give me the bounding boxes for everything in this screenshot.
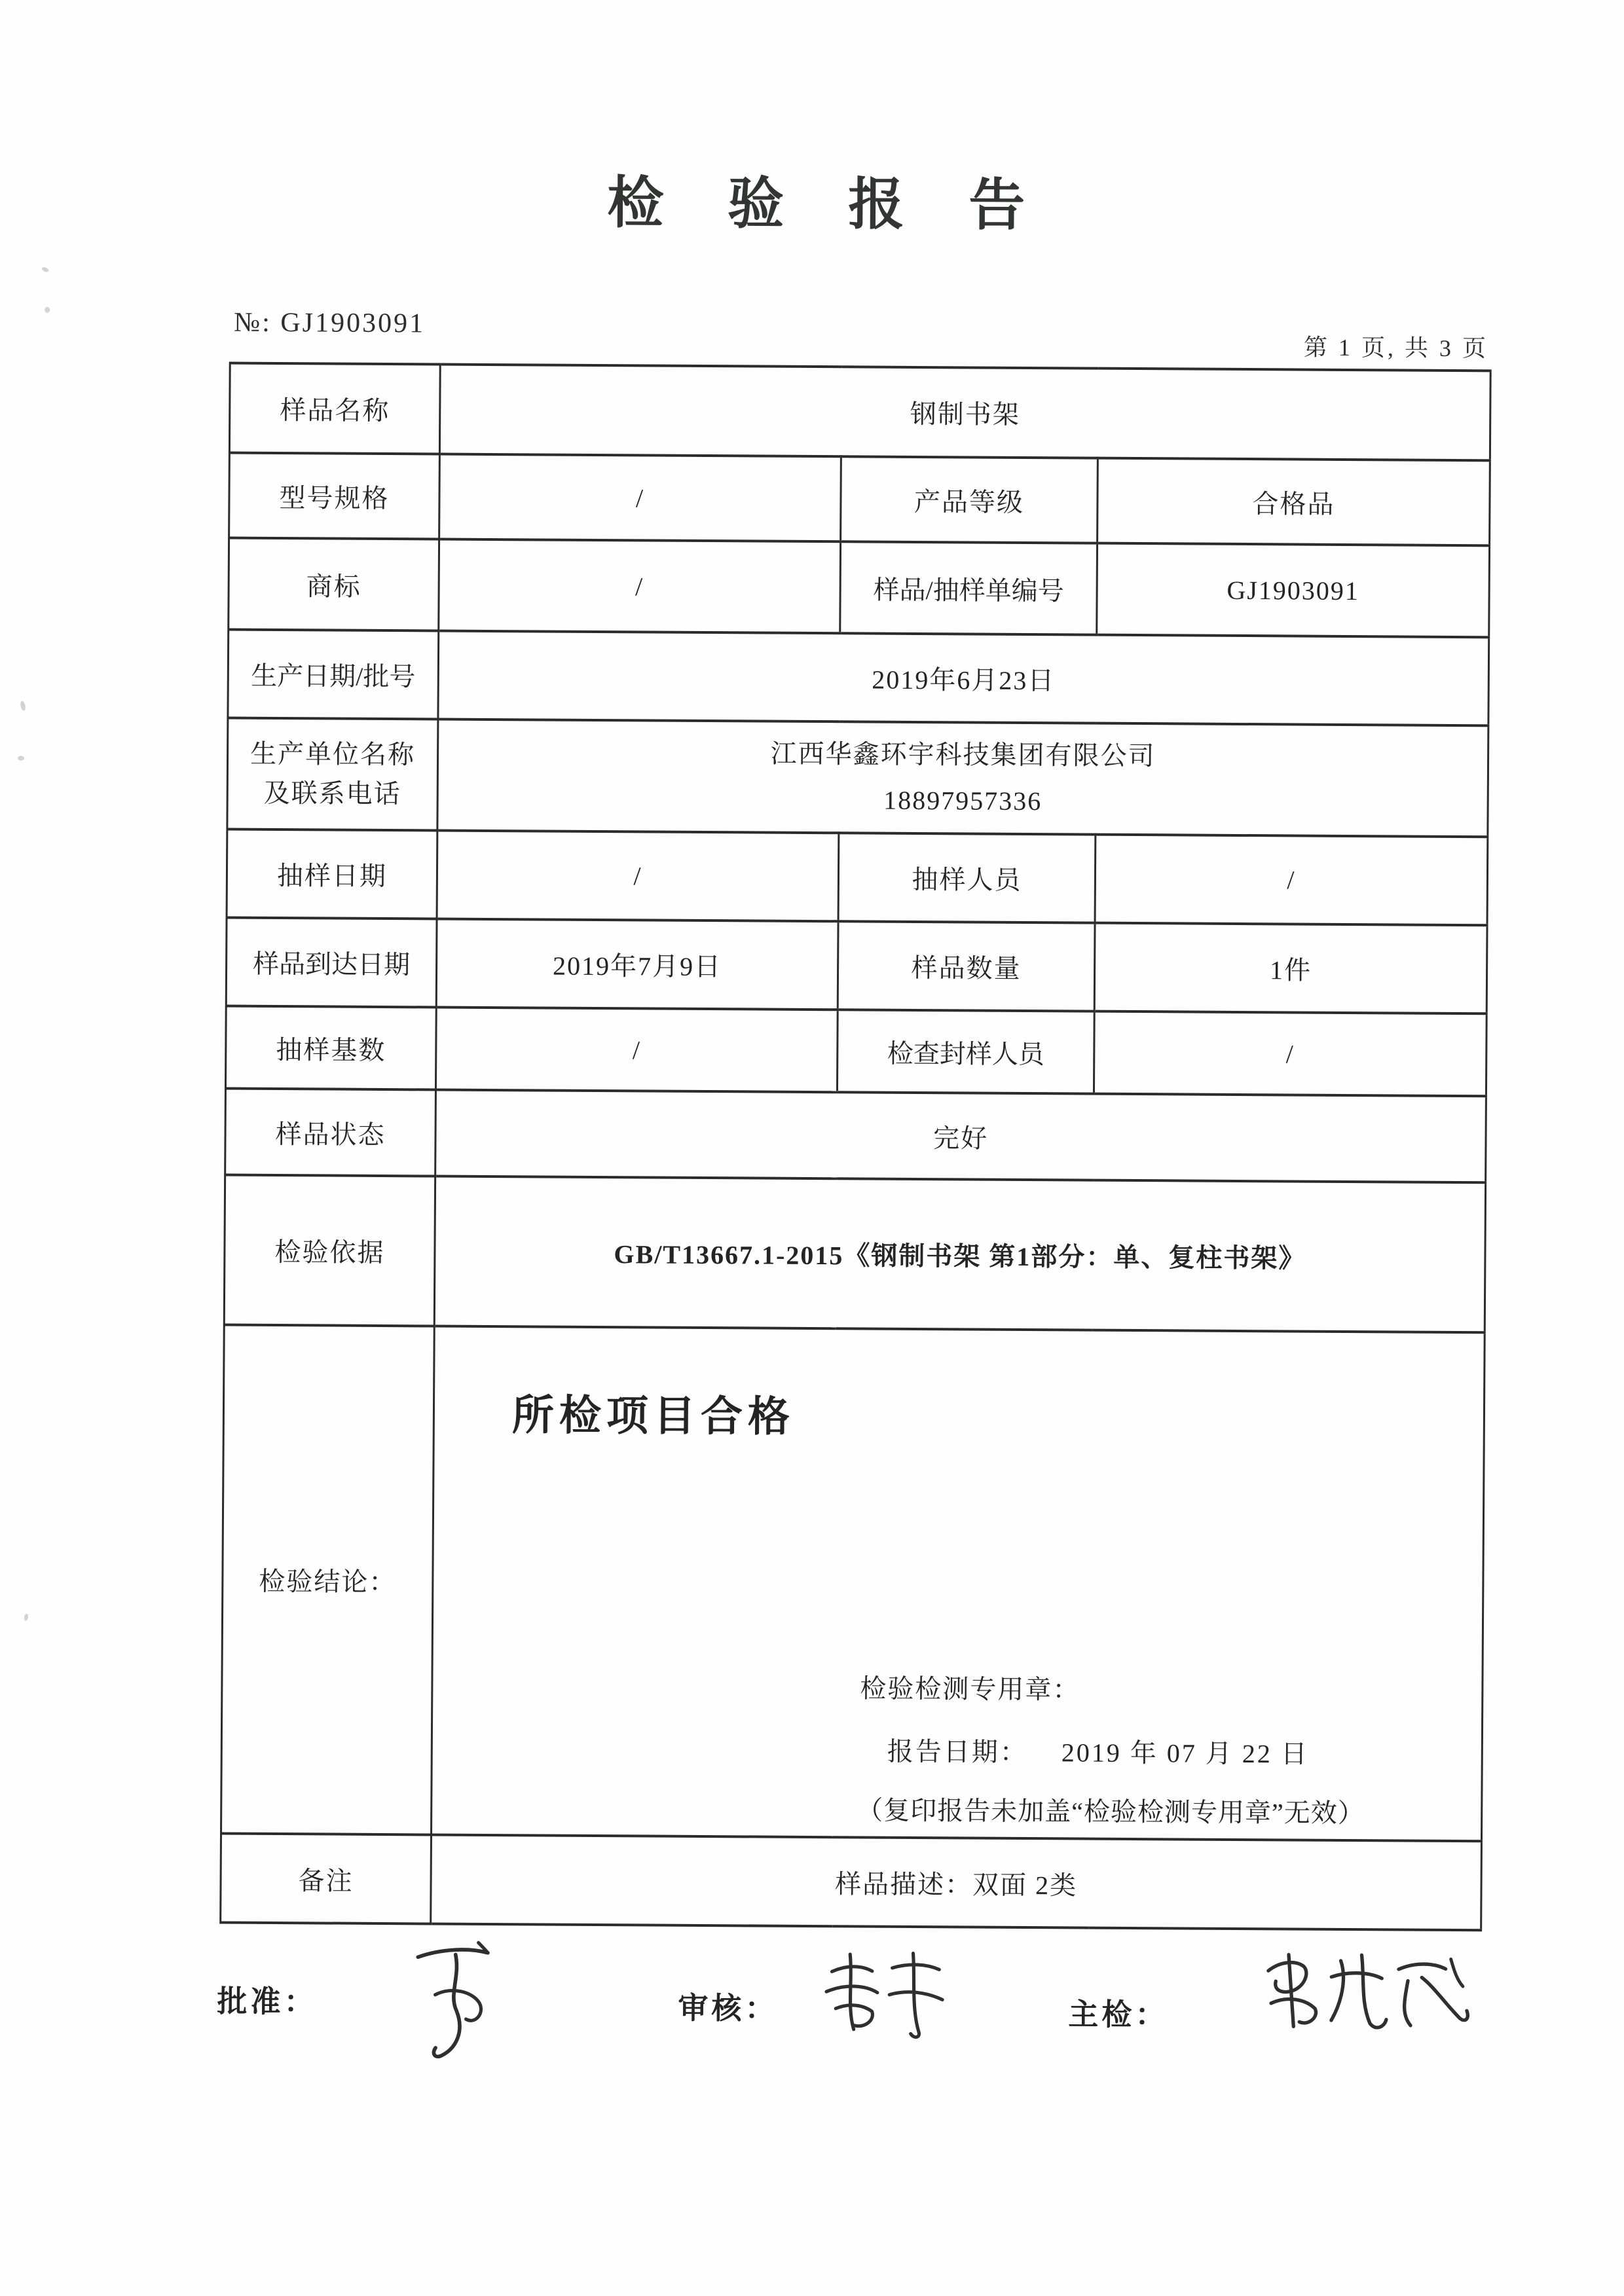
scan-artifact [24,1613,29,1621]
producer-name: 江西华鑫环宇科技集团有限公司 [439,729,1487,782]
production-date-value: 2019年6月23日 [438,631,1489,726]
arrival-date-label: 样品到达日期 [226,918,437,1008]
row-trademark-sampleno: 商标 / 样品/抽样单编号 GJ1903091 [229,538,1490,638]
sample-no-value: GJ1903091 [1097,543,1490,638]
report-date-line: 报告日期： 2019 年 07 月 22 日 [887,1731,1309,1771]
report-date-value: 2019 年 07 月 22 日 [1061,1738,1309,1768]
seal-check-staff-label: 检查封样人员 [837,1010,1094,1093]
conclusion-cell: 所检项目合格 检验检测专用章： 报告日期： 2019 年 07 月 22 日 （… [432,1326,1485,1841]
inspection-basis-label: 检验依据 [224,1175,435,1326]
approve-label: 批准： [217,1977,317,2021]
remarks-value: 样品描述：双面 2类 [431,1834,1482,1930]
conclusion-label: 检验结论： [221,1325,435,1835]
sample-qty-label: 样品数量 [838,921,1095,1011]
scan-artifact [41,266,49,273]
producer-value: 江西华鑫环宇科技集团有限公司 18897957336 [437,720,1488,837]
page-title: 检验报告 [607,157,1090,241]
sample-state-value: 完好 [435,1089,1486,1182]
product-grade-label: 产品等级 [841,456,1098,543]
scan-artifact [18,756,24,761]
row-base: 抽样基数 / 检查封样人员 / [225,1006,1486,1097]
report-table: 样品名称 钢制书架 型号规格 / 产品等级 合格品 商标 / 样品/抽样单编号 … [219,362,1492,1932]
row-sample-name: 样品名称 钢制书架 [229,363,1490,461]
producer-label-line1: 生产单位名称 [229,735,437,775]
sampling-staff-value: / [1095,835,1488,926]
inspection-basis-value: GB/T13667.1-2015《钢制书架 第1部分：单、复柱书架》 [434,1176,1485,1332]
row-arrival: 样品到达日期 2019年7月9日 样品数量 1件 [226,918,1487,1014]
row-inspection-basis: 检验依据 GB/T13667.1-2015《钢制书架 第1部分：单、复柱书架》 [224,1175,1485,1333]
scan-artifact [45,307,50,313]
conclusion-result: 所检项目合格 [512,1381,796,1444]
row-model-grade: 型号规格 / 产品等级 合格品 [229,453,1490,546]
row-conclusion: 检验结论： 所检项目合格 检验检测专用章： 报告日期： 2019 年 07 月 … [221,1325,1485,1842]
producer-label-line2: 及联系电话 [229,774,437,814]
product-grade-value: 合格品 [1098,458,1490,546]
producer-label: 生产单位名称 及联系电话 [227,718,438,831]
sample-state-label: 样品状态 [225,1089,436,1176]
model-spec-value: / [439,454,841,542]
sample-name-value: 钢制书架 [439,365,1490,461]
row-producer: 生产单位名称 及联系电话 江西华鑫环宇科技集团有限公司 18897957336 [227,718,1488,837]
review-signature [813,1943,954,2042]
row-production-date: 生产日期/批号 2019年6月23日 [228,630,1489,726]
arrival-date-value: 2019年7月9日 [436,919,838,1010]
trademark-value: / [439,539,841,634]
trademark-label: 商标 [229,538,439,631]
review-label: 审核： [678,1984,778,2028]
report-number: №: GJ1903091 [234,307,425,340]
seal-caption: 检验检测专用章： [860,1667,1080,1706]
sample-qty-value: 1件 [1094,923,1487,1014]
seal-check-staff-value: / [1094,1011,1486,1097]
row-sample-state: 样品状态 完好 [225,1089,1486,1183]
sampling-base-label: 抽样基数 [225,1006,436,1090]
copy-invalid-notice: （复印报告未加盖“检验检测专用章”无效） [857,1789,1365,1830]
report-date-label: 报告日期： [887,1737,1028,1767]
inspect-label: 主检： [1068,1990,1168,2034]
approve-signature [397,1930,523,2065]
row-sampling: 抽样日期 / 抽样人员 / [227,829,1488,926]
producer-phone: 18897957336 [438,775,1486,828]
sample-name-label: 样品名称 [229,363,440,454]
scan-content: 检验报告 №: GJ1903091 第 1 页, 共 3 页 样品名称 钢制书架… [0,0,1624,2296]
page-indicator: 第 1 页, 共 3 页 [1304,329,1488,364]
sampling-date-label: 抽样日期 [227,829,437,919]
sampling-staff-label: 抽样人员 [838,833,1096,922]
sample-no-label: 样品/抽样单编号 [840,541,1098,634]
sampling-date-value: / [437,831,839,922]
remarks-label: 备注 [221,1834,432,1924]
page-title-wrap: 检验报告 [4,153,1624,244]
scan-artifact [20,701,26,711]
model-spec-label: 型号规格 [229,453,440,539]
sampling-base-value: / [435,1007,838,1092]
row-remarks: 备注 样品描述：双面 2类 [221,1834,1482,1931]
scanned-inspection-report-page: 检验报告 №: GJ1903091 第 1 页, 共 3 页 样品名称 钢制书架… [0,0,1624,2296]
inspect-signature [1253,1944,1480,2038]
production-date-label: 生产日期/批号 [228,630,439,720]
